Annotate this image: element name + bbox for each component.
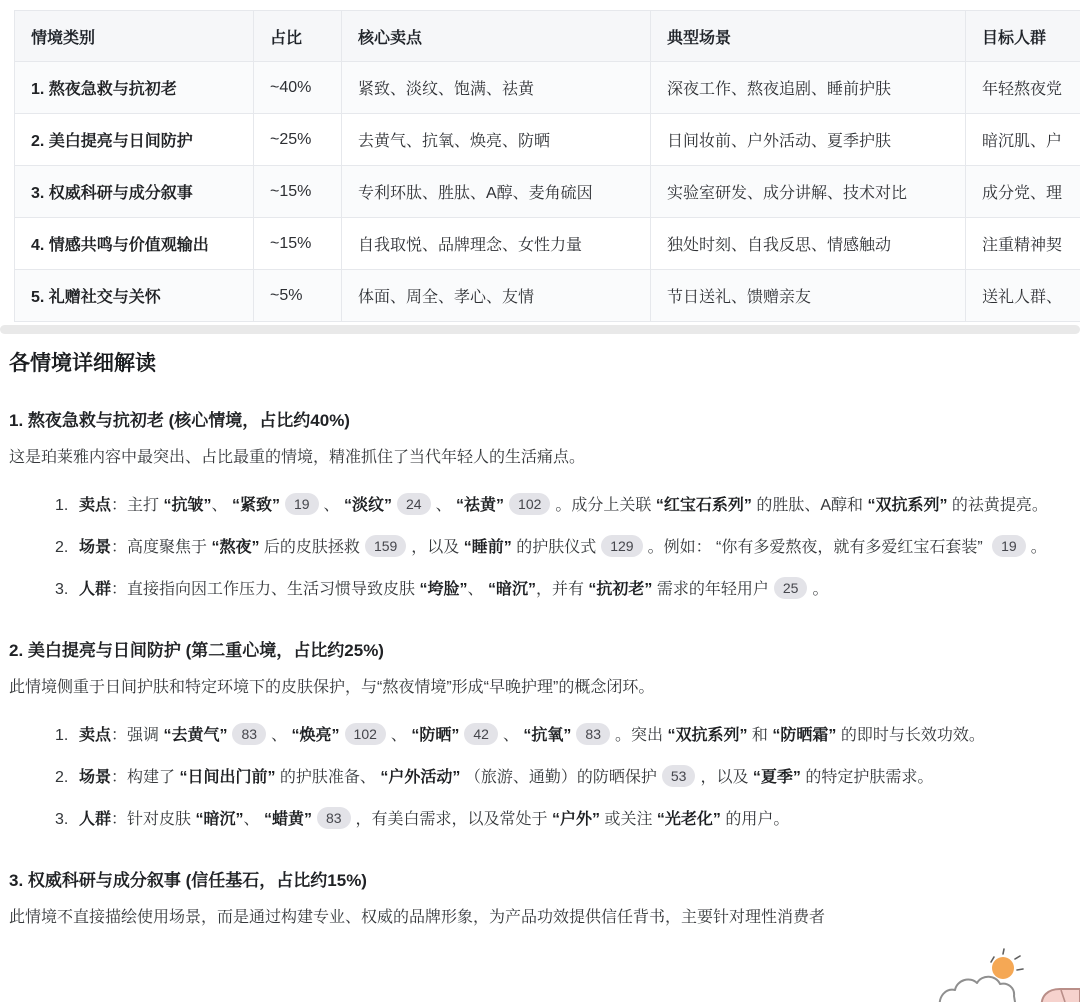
count-badge: 19 (992, 535, 1026, 557)
count-badge: 83 (317, 807, 351, 829)
list-item: 1.卖点：主打 “抗皱”、 “紧致”19、 “淡纹”24、 “祛黄”102。成分… (9, 488, 1060, 523)
list-item-text: 场景：高度聚焦于 “熬夜” 后的皮肤拯救159，以及 “睡前” 的护肤仪式129… (79, 530, 1060, 565)
section-item-list: 1.卖点：强调 “去黄气”83、 “焕亮”102、 “防晒”42、 “抗氧”83… (9, 718, 1060, 837)
table-row: 4. 情感共鸣与价值观输出~15%自我取悦、品牌理念、女性力量独处时刻、自我反思… (15, 218, 1080, 270)
list-item: 2.场景：高度聚焦于 “熬夜” 后的皮肤拯救159，以及 “睡前” 的护肤仪式1… (9, 530, 1060, 565)
table-row: 2. 美白提亮与日间防护~25%去黄气、抗氧、焕亮、防晒日间妆前、户外活动、夏季… (15, 114, 1080, 166)
bold-term: “淡纹” (344, 497, 392, 514)
bold-term: “抗氧” (523, 727, 571, 744)
table-cell: 成分党、理 (966, 166, 1080, 218)
table-cell: 独处时刻、自我反思、情感触动 (651, 218, 966, 270)
list-item-number: 1. (55, 718, 79, 753)
detail-content: 各情境详细解读 1. 熬夜急救与抗初老 (核心情境，占比约40%)这是珀莱雅内容… (0, 347, 1080, 933)
scenario-table: 情境类别占比核心卖点典型场景目标人群 1. 熬夜急救与抗初老~40%紧致、淡纹、… (14, 10, 1080, 322)
table-cell: 节日送礼、馈赠亲友 (651, 270, 966, 322)
sections: 1. 熬夜急救与抗初老 (核心情境，占比约40%)这是珀莱雅内容中最突出、占比最… (9, 406, 1060, 933)
table-cell: 暗沉肌、户 (966, 114, 1080, 166)
bold-term: “蜡黄” (264, 811, 312, 828)
bold-term: “双抗系列” (667, 727, 747, 744)
bold-term: “暗沉” (488, 581, 536, 598)
table-cell: ~40% (254, 62, 342, 114)
list-item: 1.卖点：强调 “去黄气”83、 “焕亮”102、 “防晒”42、 “抗氧”83… (9, 718, 1060, 753)
table-cell: ~15% (254, 166, 342, 218)
bold-term: “暗沉” (195, 811, 243, 828)
bold-term: 人群 (79, 581, 111, 598)
bold-term: 卖点 (79, 727, 111, 744)
table-cell: 体面、周全、孝心、友情 (342, 270, 651, 322)
bold-term: “红宝石系列” (656, 497, 752, 514)
count-badge: 83 (232, 723, 266, 745)
scenario-table-zone: 情境类别占比核心卖点典型场景目标人群 1. 熬夜急救与抗初老~40%紧致、淡纹、… (0, 0, 1080, 322)
column-header: 目标人群 (966, 11, 1080, 62)
table-cell: 自我取悦、品牌理念、女性力量 (342, 218, 651, 270)
bold-term: 人群 (79, 811, 111, 828)
count-badge: 25 (774, 577, 808, 599)
table-row: 5. 礼赠社交与关怀~5%体面、周全、孝心、友情节日送礼、馈赠亲友送礼人群、 (15, 270, 1080, 322)
table-cell: 专利环肽、胜肽、A醇、麦角硫因 (342, 166, 651, 218)
section-intro: 这是珀莱雅内容中最突出、占比最重的情境，精准抓住了当代年轻人的生活痛点。 (9, 442, 1060, 473)
count-badge: 24 (397, 493, 431, 515)
bold-term: “睡前” (464, 539, 512, 556)
table-cell: 3. 权威科研与成分叙事 (15, 166, 254, 218)
section-title: 2. 美白提亮与日间防护 (第二重心境，占比约25%) (9, 636, 1060, 661)
count-badge: 83 (576, 723, 610, 745)
table-cell: ~5% (254, 270, 342, 322)
table-cell: ~25% (254, 114, 342, 166)
column-header: 核心卖点 (342, 11, 651, 62)
table-cell: 5. 礼赠社交与关怀 (15, 270, 254, 322)
list-item-text: 卖点：强调 “去黄气”83、 “焕亮”102、 “防晒”42、 “抗氧”83。突… (79, 718, 1060, 753)
table-cell: 2. 美白提亮与日间防护 (15, 114, 254, 166)
table-cell: 送礼人群、 (966, 270, 1080, 322)
table-cell: 注重精神契 (966, 218, 1080, 270)
list-item-text: 卖点：主打 “抗皱”、 “紧致”19、 “淡纹”24、 “祛黄”102。成分上关… (79, 488, 1060, 523)
list-item-number: 2. (55, 530, 79, 565)
table-cell: 去黄气、抗氧、焕亮、防晒 (342, 114, 651, 166)
list-item: 3.人群：直接指向因工作压力、生活习惯导致皮肤 “垮脸”、 “暗沉”，并有 “抗… (9, 572, 1060, 607)
list-item-text: 场景：构建了 “日间出门前” 的护肤准备、 “户外活动” （旅游、通勤）的防晒保… (79, 760, 1060, 795)
count-badge: 53 (662, 765, 696, 787)
table-cell: 4. 情感共鸣与价值观输出 (15, 218, 254, 270)
table-cell: 深夜工作、熬夜追剧、睡前护肤 (651, 62, 966, 114)
table-cell: 1. 熬夜急救与抗初老 (15, 62, 254, 114)
section-intro: 此情境侧重于日间护肤和特定环境下的皮肤保护，与“熬夜情境”形成“早晚护理”的概念… (9, 672, 1060, 703)
table-cell: 紧致、淡纹、饱满、祛黄 (342, 62, 651, 114)
column-header: 占比 (254, 11, 342, 62)
section-intro: 此情境不直接描绘使用场景，而是通过构建专业、权威的品牌形象，为产品功效提供信任背… (9, 902, 1060, 933)
horizontal-scrollbar[interactable] (0, 325, 1080, 334)
table-header-row: 情境类别占比核心卖点典型场景目标人群 (15, 11, 1080, 62)
bold-term: “焕亮” (292, 727, 340, 744)
bold-term: 卖点 (79, 497, 111, 514)
count-badge: 102 (509, 493, 550, 515)
cloud-sun-pig-doodle-icon (930, 946, 1080, 1002)
section-title: 1. 熬夜急救与抗初老 (核心情境，占比约40%) (9, 406, 1060, 431)
section-item-list: 1.卖点：主打 “抗皱”、 “紧致”19、 “淡纹”24、 “祛黄”102。成分… (9, 488, 1060, 607)
table-row: 1. 熬夜急救与抗初老~40%紧致、淡纹、饱满、祛黄深夜工作、熬夜追剧、睡前护肤… (15, 62, 1080, 114)
table-body: 1. 熬夜急救与抗初老~40%紧致、淡纹、饱满、祛黄深夜工作、熬夜追剧、睡前护肤… (15, 62, 1080, 322)
list-item-number: 3. (55, 572, 79, 607)
detail-heading: 各情境详细解读 (9, 347, 1060, 377)
column-header: 情境类别 (15, 11, 254, 62)
bold-term: 场景 (79, 539, 111, 556)
list-item-number: 1. (55, 488, 79, 523)
list-item: 2.场景：构建了 “日间出门前” 的护肤准备、 “户外活动” （旅游、通勤）的防… (9, 760, 1060, 795)
count-badge: 19 (285, 493, 319, 515)
bold-term: “日间出门前” (179, 769, 275, 786)
bold-term: “光老化” (657, 811, 721, 828)
bold-term: “垮脸” (419, 581, 467, 598)
bold-term: “防晒” (411, 727, 459, 744)
count-badge: 159 (365, 535, 406, 557)
bold-term: 场景 (79, 769, 111, 786)
count-badge: 102 (345, 723, 386, 745)
list-item-text: 人群：直接指向因工作压力、生活习惯导致皮肤 “垮脸”、 “暗沉”，并有 “抗初老… (79, 572, 1060, 607)
bold-term: “抗初老” (588, 581, 652, 598)
bold-term: “户外活动” (380, 769, 460, 786)
count-badge: 42 (464, 723, 498, 745)
list-item-number: 3. (55, 802, 79, 837)
bold-term: “双抗系列” (867, 497, 947, 514)
bold-term: “祛黄” (456, 497, 504, 514)
table-cell: 年轻熬夜党 (966, 62, 1080, 114)
table-cell: 日间妆前、户外活动、夏季护肤 (651, 114, 966, 166)
table-cell: ~15% (254, 218, 342, 270)
bold-term: “户外” (552, 811, 600, 828)
bold-term: “夏季” (753, 769, 801, 786)
table-row: 3. 权威科研与成分叙事~15%专利环肽、胜肽、A醇、麦角硫因实验室研发、成分讲… (15, 166, 1080, 218)
list-item-number: 2. (55, 760, 79, 795)
list-item-text: 人群：针对皮肤 “暗沉”、 “蜡黄”83，有美白需求，以及常处于 “户外” 或关… (79, 802, 1060, 837)
column-header: 典型场景 (651, 11, 966, 62)
list-item: 3.人群：针对皮肤 “暗沉”、 “蜡黄”83，有美白需求，以及常处于 “户外” … (9, 802, 1060, 837)
table-cell: 实验室研发、成分讲解、技术对比 (651, 166, 966, 218)
bold-term: “熬夜” (211, 539, 259, 556)
section-title: 3. 权威科研与成分叙事 (信任基石，占比约15%) (9, 866, 1060, 891)
bold-term: “去黄气” (163, 727, 227, 744)
count-badge: 129 (601, 535, 642, 557)
bold-term: “防晒霜” (772, 727, 836, 744)
bold-term: “紧致” (232, 497, 280, 514)
bold-term: “抗皱” (163, 497, 211, 514)
